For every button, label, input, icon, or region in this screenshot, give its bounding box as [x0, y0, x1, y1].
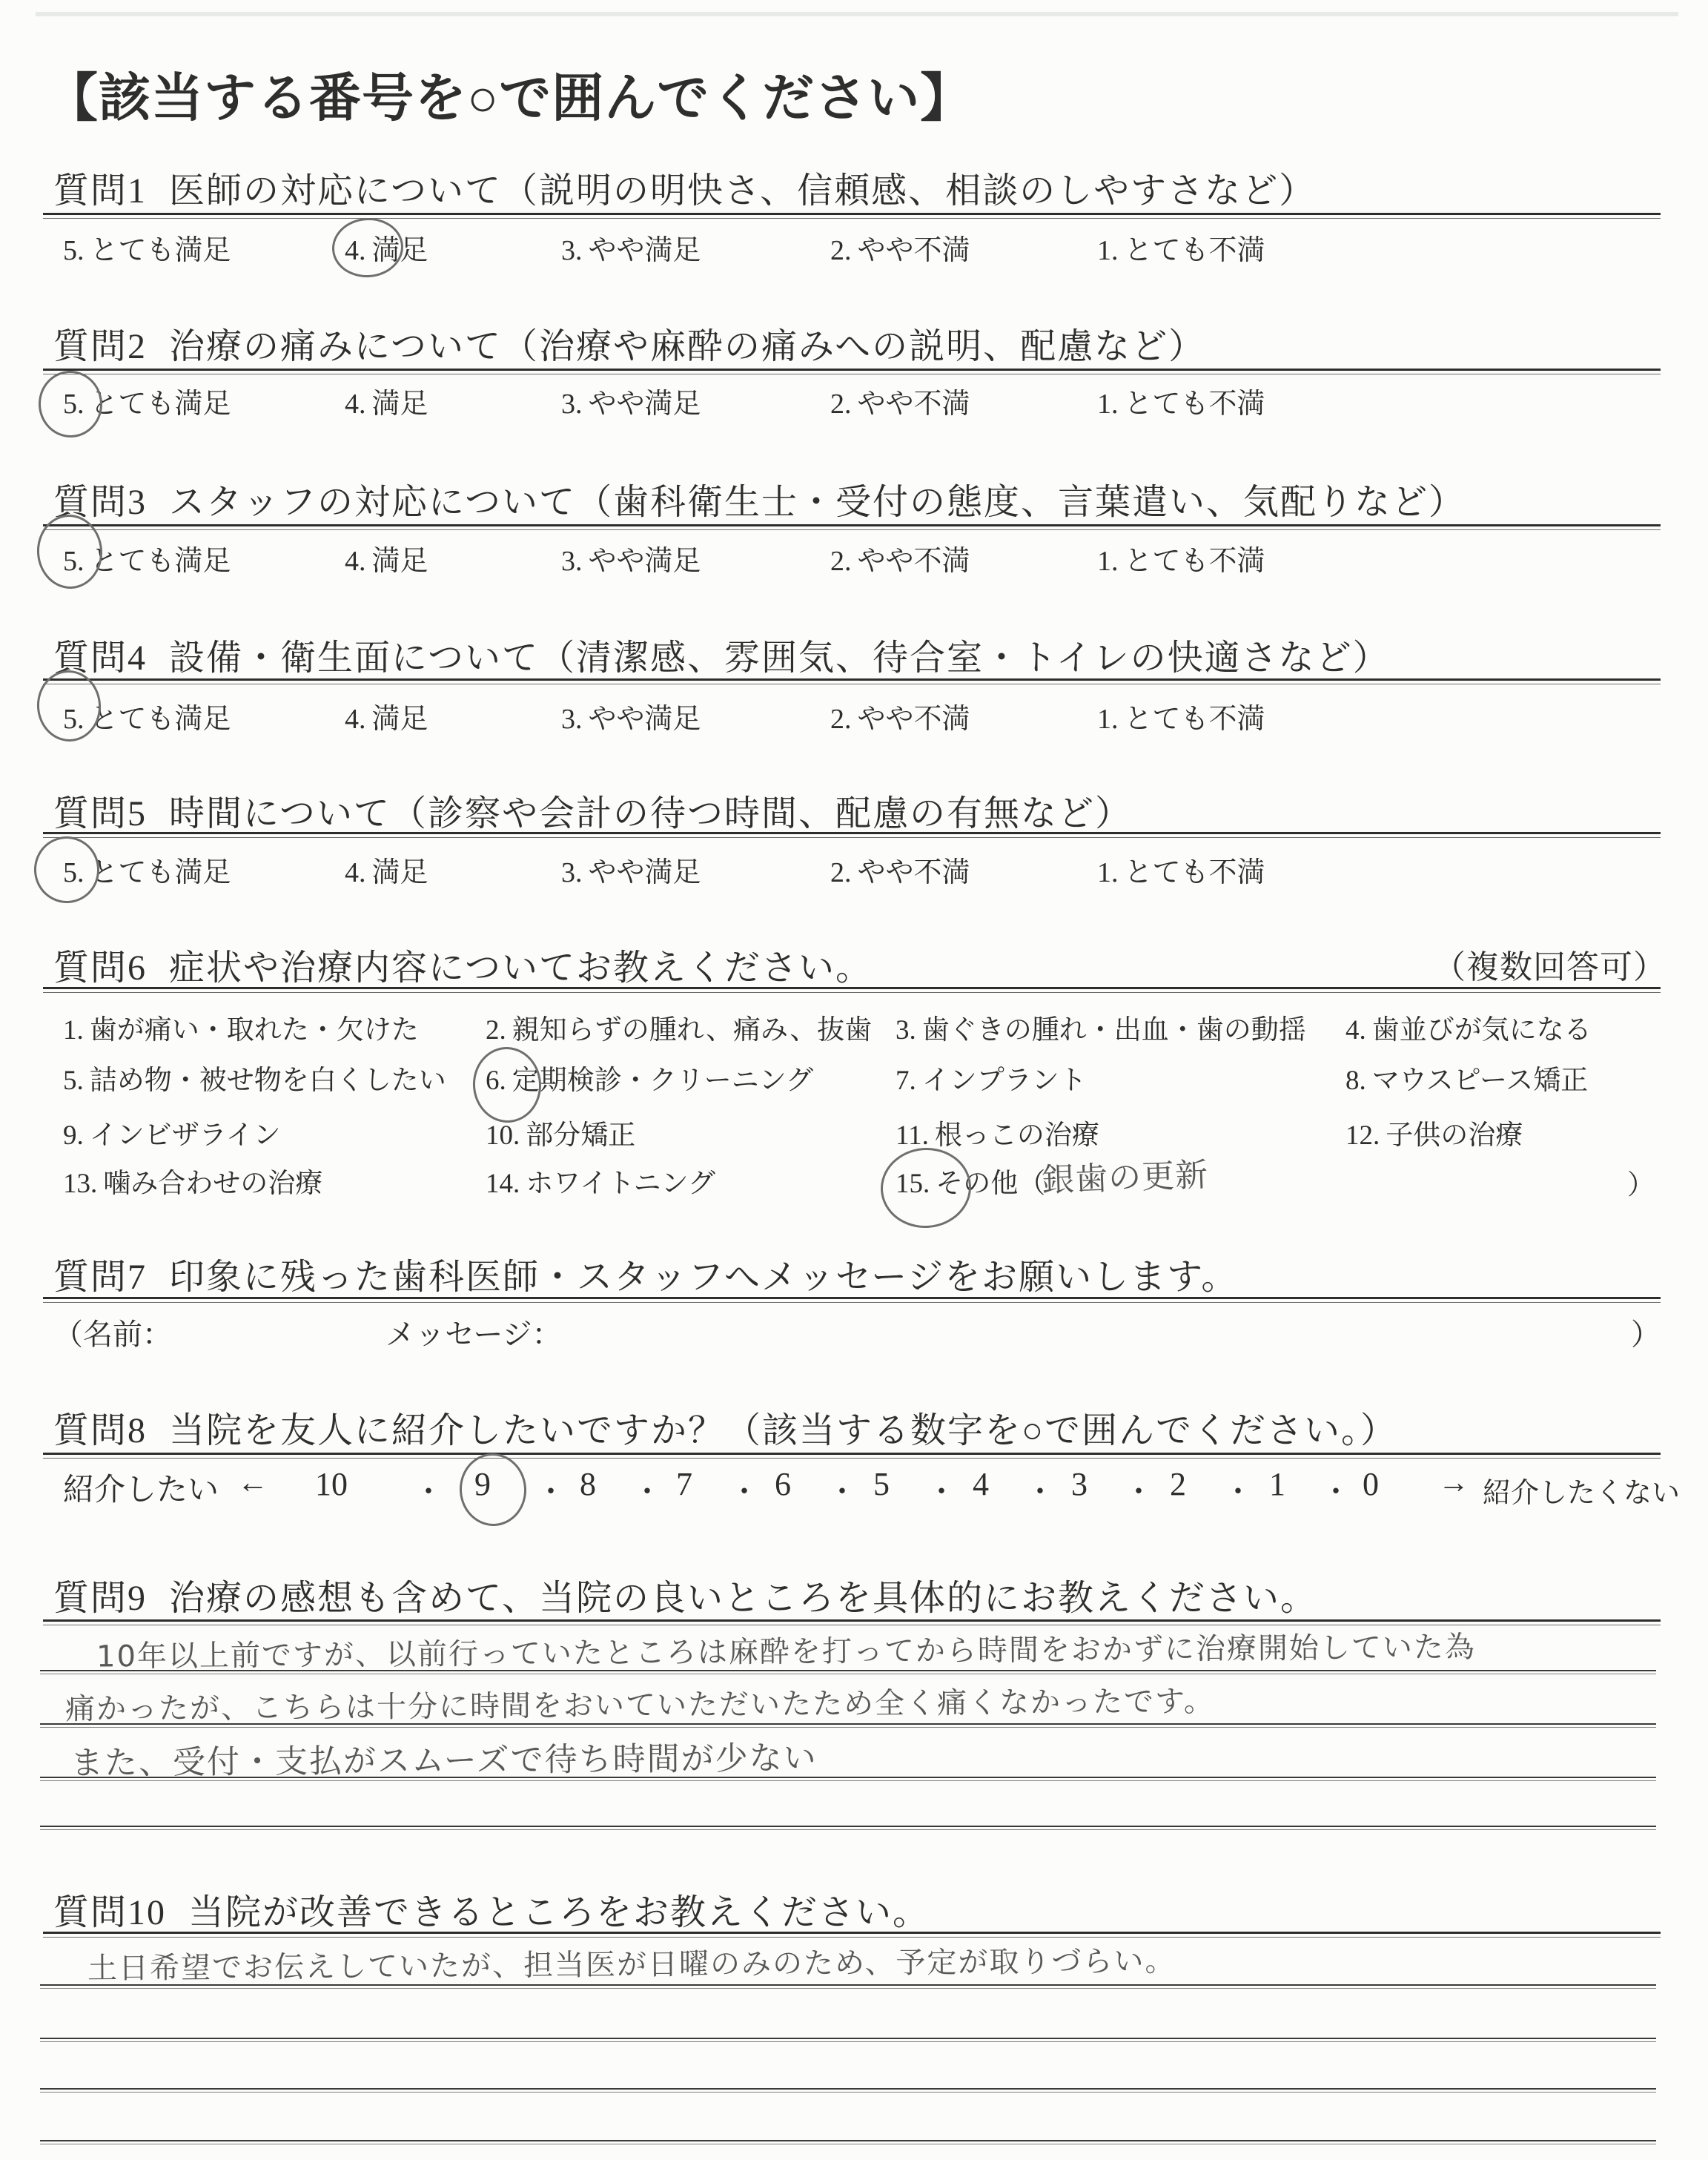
- ruled-line: [40, 1777, 1656, 1781]
- scale-dot: ・: [729, 1468, 759, 1510]
- option-number: 1.: [1097, 235, 1119, 266]
- q2-circle-annotation: [36, 369, 105, 440]
- item-text: 根っこの治療: [935, 1120, 1099, 1151]
- q5-title: 時間について（診察や会計の待つ時間、配慮の有無など）: [169, 794, 1132, 833]
- q9-label: 質問9: [53, 1579, 147, 1618]
- q9-title: 治療の感想も含めて、当院の良いところを具体的にお教えください。: [169, 1579, 1317, 1618]
- q6-item: 8.マウスピース矯正: [1345, 1057, 1588, 1097]
- item-number: 13.: [63, 1169, 97, 1199]
- form-title: 【該当する番号を○で囲んでください】: [46, 56, 973, 131]
- q6-item: 13.噛み合わせの治療: [63, 1160, 322, 1200]
- q6-item: 5.詰め物・被せ物を白くしたい: [63, 1057, 446, 1097]
- q4-title: 設備・衛生面について（清潔感、雰囲気、待合室・トイレの快適さなど）: [169, 638, 1390, 678]
- scale-dot: ・: [927, 1468, 956, 1510]
- q7-header: 質問7印象に残った歯科医師・スタッフへメッセージをお願いします。: [53, 1248, 1238, 1299]
- option-number: 3.: [561, 546, 583, 577]
- q6-item: 14.ホワイトニング: [486, 1160, 715, 1200]
- item-number: 5.: [63, 1066, 84, 1096]
- survey-page: 【該当する番号を○で囲んでください】 質問1医師の対応について（説明の明快さ、信…: [0, 0, 1708, 2160]
- option-item: 3.やや満足: [561, 380, 701, 421]
- q5-divider: [43, 832, 1661, 838]
- q6-divider: [43, 987, 1661, 993]
- item-number: 3.: [896, 1015, 916, 1046]
- q10-label: 質問10: [53, 1893, 166, 1932]
- q6-items-row-4: 13.噛み合わせの治療 14.ホワイトニング 15.その他（ ）: [0, 1160, 1708, 1202]
- option-item: 3.やや満足: [561, 227, 701, 268]
- option-text: 満足: [372, 546, 428, 577]
- q1-title: 医師の対応について（説明の明快さ、信頼感、相談のしやすさなど）: [169, 171, 1316, 211]
- scale-number: 3: [1071, 1465, 1088, 1503]
- item-number: 10.: [486, 1120, 520, 1151]
- q4-header: 質問4設備・衛生面について（清潔感、雰囲気、待合室・トイレの快適さなど）: [53, 629, 1390, 680]
- q7-close-paren: ）: [1631, 1311, 1661, 1353]
- item-text: マウスピース矯正: [1372, 1066, 1589, 1096]
- item-text: 詰め物・被せ物を白くしたい: [90, 1066, 446, 1096]
- scale-number: 8: [580, 1465, 596, 1503]
- q9-handwriting-line: 痛かったが、こちらは十分に時間をおいていただいたため全く痛くなかったです。: [65, 1678, 1215, 1728]
- q2-divider: [43, 369, 1661, 374]
- option-item: 3.やや満足: [561, 538, 701, 578]
- q6-other-handwriting: 銀歯の更新: [1041, 1148, 1209, 1201]
- item-text: ホワイトニング: [526, 1169, 715, 1199]
- q8-left-label: 紹介したい: [63, 1465, 219, 1510]
- q6-item: 9.インビザライン: [63, 1112, 281, 1152]
- option-text: とても不満: [1125, 389, 1265, 420]
- q8-scale-row: 紹介したい ← 10 ・ 9 ・ 8 ・ 7 ・ 6 ・ 5 ・ 4 ・ 3 ・…: [0, 1465, 1708, 1517]
- item-text: 部分矯正: [526, 1120, 635, 1151]
- scale-number: 7: [676, 1465, 692, 1503]
- option-number: 4.: [345, 546, 366, 577]
- option-number: 3.: [561, 704, 583, 735]
- q3-header: 質問3スタッフの対応について（歯科衛生士・受付の態度、言葉遣い、気配りなど）: [53, 473, 1466, 524]
- q6-item: 12.子供の治療: [1345, 1112, 1523, 1152]
- q8-divider: [43, 1453, 1661, 1459]
- scale-number: 0: [1363, 1465, 1379, 1503]
- q6-item: 7.インプラント: [896, 1057, 1087, 1097]
- ruled-line: [40, 2038, 1656, 2042]
- option-number: 4.: [345, 704, 366, 735]
- scale-dot: ・: [827, 1468, 857, 1510]
- item-number: 1.: [63, 1015, 84, 1046]
- item-number: 2.: [486, 1015, 506, 1046]
- item-text: 歯ぐきの腫れ・出血・歯の動揺: [922, 1015, 1306, 1046]
- q6-items-row-3: 9.インビザライン 10.部分矯正 11.根っこの治療 12.子供の治療: [0, 1112, 1708, 1154]
- option-item: 2.やや不満: [830, 380, 970, 421]
- q1-header: 質問1医師の対応について（説明の明快さ、信頼感、相談のしやすさなど）: [53, 162, 1316, 213]
- option-number: 2.: [830, 546, 852, 577]
- left-arrow-icon: ←: [237, 1465, 268, 1501]
- option-text: やや不満: [858, 389, 970, 420]
- scale-number: 10: [315, 1465, 348, 1503]
- item-number: 12.: [1345, 1120, 1380, 1151]
- option-item: 1.とても不満: [1097, 696, 1265, 736]
- option-number: 1.: [1097, 389, 1119, 420]
- item-number: 4.: [1345, 1015, 1366, 1046]
- scale-dot: ・: [1025, 1468, 1055, 1510]
- q2-title: 治療の痛みについて（治療や麻酔の痛みへの説明、配慮など）: [169, 327, 1205, 366]
- option-text: 満足: [372, 389, 428, 420]
- option-number: 2.: [830, 857, 852, 888]
- option-item: 4.満足: [345, 696, 428, 736]
- item-number: 11.: [896, 1120, 929, 1151]
- item-number: 8.: [1345, 1066, 1366, 1096]
- q6-item: 2.親知らずの腫れ、痛み、抜歯: [486, 1007, 872, 1047]
- option-number: 3.: [561, 857, 583, 888]
- q5-label: 質問5: [53, 794, 147, 833]
- q6-item: 3.歯ぐきの腫れ・出血・歯の動揺: [896, 1007, 1306, 1047]
- q10-handwriting-line: 土日希望でお伝えしていたが、担当医が日曜のみのため、予定が取りづらい。: [87, 1938, 1176, 1987]
- item-text: インプラント: [922, 1066, 1087, 1096]
- option-text: とても不満: [1125, 857, 1265, 888]
- option-item: 1.とても不満: [1097, 227, 1265, 268]
- scale-dot: ・: [1223, 1468, 1253, 1510]
- q6-item: 11.根っこの治療: [896, 1112, 1099, 1152]
- q7-label: 質問7: [53, 1258, 147, 1297]
- q7-title: 印象に残った歯科医師・スタッフへメッセージをお願いします。: [169, 1258, 1238, 1297]
- q9-header: 質問9治療の感想も含めて、当院の良いところを具体的にお教えください。: [53, 1569, 1317, 1620]
- q8-header: 質問8当院を友人に紹介したいですか？（該当する数字を○で囲んでください。）: [53, 1401, 1397, 1453]
- item-text: インビザライン: [90, 1120, 281, 1151]
- option-number: 2.: [830, 704, 852, 735]
- option-text: やや不満: [858, 546, 970, 577]
- option-number: 3.: [561, 389, 583, 420]
- q2-options: 5.とても満足 4.満足 3.やや満足 2.やや不満 1.とても不満: [0, 380, 1708, 426]
- option-text: とても満足: [90, 704, 231, 735]
- q3-options: 5.とても満足 4.満足 3.やや満足 2.やや不満 1.とても不満: [0, 538, 1708, 584]
- q8-title: 当院を友人に紹介したいですか？（該当する数字を○で囲んでください。）: [169, 1411, 1397, 1450]
- q2-header: 質問2治療の痛みについて（治療や麻酔の痛みへの説明、配慮など）: [53, 317, 1205, 369]
- option-item: 2.やや不満: [830, 696, 970, 736]
- ruled-line: [40, 1723, 1656, 1728]
- q7-message-label: メッセージ：: [385, 1311, 562, 1353]
- q6-items-row-1: 1.歯が痛い・取れた・欠けた 2.親知らずの腫れ、痛み、抜歯 3.歯ぐきの腫れ・…: [0, 1007, 1708, 1048]
- option-number: 3.: [561, 235, 583, 266]
- q10-divider: [43, 1932, 1661, 1938]
- q9-handwriting-line: また、受付・支払がスムーズで待ち時間が少ない: [70, 1731, 818, 1783]
- option-text: やや満足: [589, 704, 701, 735]
- option-number: 1.: [1097, 546, 1119, 577]
- q4-options: 5.とても満足 4.満足 3.やや満足 2.やや不満 1.とても不満: [0, 696, 1708, 742]
- q6-label: 質問6: [53, 948, 147, 988]
- q7-name-label: （名前：: [53, 1311, 172, 1353]
- scale-dot: ・: [1124, 1468, 1153, 1510]
- option-text: とても不満: [1125, 235, 1265, 266]
- ruled-line: [40, 2088, 1656, 2093]
- option-item: 2.やや不満: [830, 538, 970, 578]
- scale-number: 6: [775, 1465, 791, 1503]
- option-text: やや満足: [589, 235, 701, 266]
- option-number: 4.: [345, 857, 366, 888]
- option-number: 1.: [1097, 857, 1119, 888]
- option-item: 1.とても不満: [1097, 380, 1265, 421]
- q1-divider: [43, 213, 1661, 219]
- scale-number: 5: [873, 1465, 890, 1503]
- option-number: 5.: [63, 235, 85, 266]
- option-text: やや満足: [589, 857, 701, 888]
- ruled-line: [40, 2140, 1656, 2144]
- option-text: やや不満: [858, 704, 970, 735]
- option-number: 1.: [1097, 704, 1119, 735]
- item-text: 定期検診・クリーニング: [512, 1066, 813, 1096]
- item-text: 噛み合わせの治療: [103, 1169, 322, 1199]
- scale-dot: ・: [536, 1468, 566, 1510]
- option-text: やや不満: [858, 235, 970, 266]
- q6-circle-annotation-15: [878, 1145, 973, 1231]
- q6-other-close-paren: ）: [1627, 1162, 1655, 1202]
- item-number: 9.: [63, 1120, 84, 1151]
- scale-dot: ・: [414, 1468, 443, 1510]
- option-item: 2.やや不満: [830, 849, 970, 890]
- q10-title: 当院が改善できるところをお教えください。: [188, 1893, 930, 1932]
- scale-dot: ・: [632, 1468, 662, 1510]
- item-text: 歯並びが気になる: [1372, 1015, 1592, 1046]
- option-number: 2.: [830, 389, 852, 420]
- item-number: 14.: [486, 1169, 520, 1199]
- q3-divider: [43, 524, 1661, 530]
- option-number: 4.: [345, 389, 366, 420]
- ruled-line: [40, 1670, 1656, 1674]
- q5-options: 5.とても満足 4.満足 3.やや満足 2.やや不満 1.とても不満: [0, 849, 1708, 895]
- option-item: 3.やや満足: [561, 696, 701, 736]
- option-item: 4.満足: [345, 849, 428, 890]
- option-item: 3.やや満足: [561, 849, 701, 890]
- ruled-line: [40, 1826, 1656, 1830]
- q8-right-label: 紹介したくない: [1483, 1470, 1680, 1510]
- option-text: やや満足: [589, 389, 701, 420]
- option-item: 4.満足: [345, 538, 428, 578]
- q7-divider: [43, 1297, 1661, 1303]
- option-text: とても満足: [90, 857, 231, 888]
- q6-item: 4.歯並びが気になる: [1345, 1007, 1592, 1047]
- q1-label: 質問1: [53, 171, 147, 211]
- option-item: 1.とても不満: [1097, 849, 1265, 890]
- option-text: やや満足: [589, 546, 701, 577]
- item-text: 子供の治療: [1386, 1120, 1523, 1151]
- scale-number: 1: [1269, 1465, 1285, 1503]
- ruled-line: [40, 1984, 1656, 1989]
- q10-header: 質問10当院が改善できるところをお教えください。: [53, 1883, 930, 1935]
- q2-label: 質問2: [53, 327, 147, 366]
- option-text: とても満足: [90, 389, 231, 420]
- scan-artifact-line: [36, 12, 1678, 16]
- item-number: 7.: [896, 1066, 916, 1096]
- option-text: とても満足: [90, 235, 231, 266]
- q6-note: （複数回答可）: [1433, 940, 1666, 988]
- option-text: やや不満: [858, 857, 970, 888]
- q3-title: スタッフの対応について（歯科衛生士・受付の態度、言葉遣い、気配りなど）: [169, 483, 1466, 522]
- option-text: 満足: [372, 857, 428, 888]
- option-item: 4.満足: [345, 380, 428, 421]
- q6-items-row-2: 5.詰め物・被せ物を白くしたい 6.定期検診・クリーニング 7.インプラント 8…: [0, 1057, 1708, 1099]
- q6-header: 質問6症状や治療内容についてお教えください。: [53, 939, 873, 990]
- q9-handwriting-line: 10年以上前ですが、以前行っていたところは麻酔を打ってから時間をおかずに治療開始…: [96, 1624, 1476, 1676]
- option-item: 5.とても満足: [63, 227, 231, 268]
- option-text: とても不満: [1125, 704, 1265, 735]
- option-item: 1.とても不満: [1097, 538, 1265, 578]
- scale-dot: ・: [1321, 1468, 1351, 1510]
- option-item: 2.やや不満: [830, 227, 970, 268]
- scale-number: 2: [1170, 1465, 1186, 1503]
- q6-title: 症状や治療内容についてお教えください。: [169, 948, 873, 988]
- scale-number: 4: [973, 1465, 989, 1503]
- option-text: とても不満: [1125, 546, 1265, 577]
- item-text: 歯が痛い・取れた・欠けた: [90, 1015, 419, 1046]
- option-text: 満足: [372, 704, 428, 735]
- q1-options: 5.とても満足 4.満足 3.やや満足 2.やや不満 1.とても不満: [0, 227, 1708, 273]
- right-arrow-icon: →: [1438, 1465, 1469, 1501]
- q6-item: 1.歯が痛い・取れた・欠けた: [63, 1007, 419, 1047]
- q8-label: 質問8: [53, 1411, 147, 1450]
- q5-header: 質問5時間について（診察や会計の待つ時間、配慮の有無など）: [53, 785, 1132, 836]
- q4-divider: [43, 678, 1661, 684]
- item-text: 親知らずの腫れ、痛み、抜歯: [512, 1015, 872, 1046]
- option-text: とても満足: [90, 546, 231, 577]
- option-number: 2.: [830, 235, 852, 266]
- q7-answer-row: （名前： メッセージ： ）: [0, 1311, 1708, 1355]
